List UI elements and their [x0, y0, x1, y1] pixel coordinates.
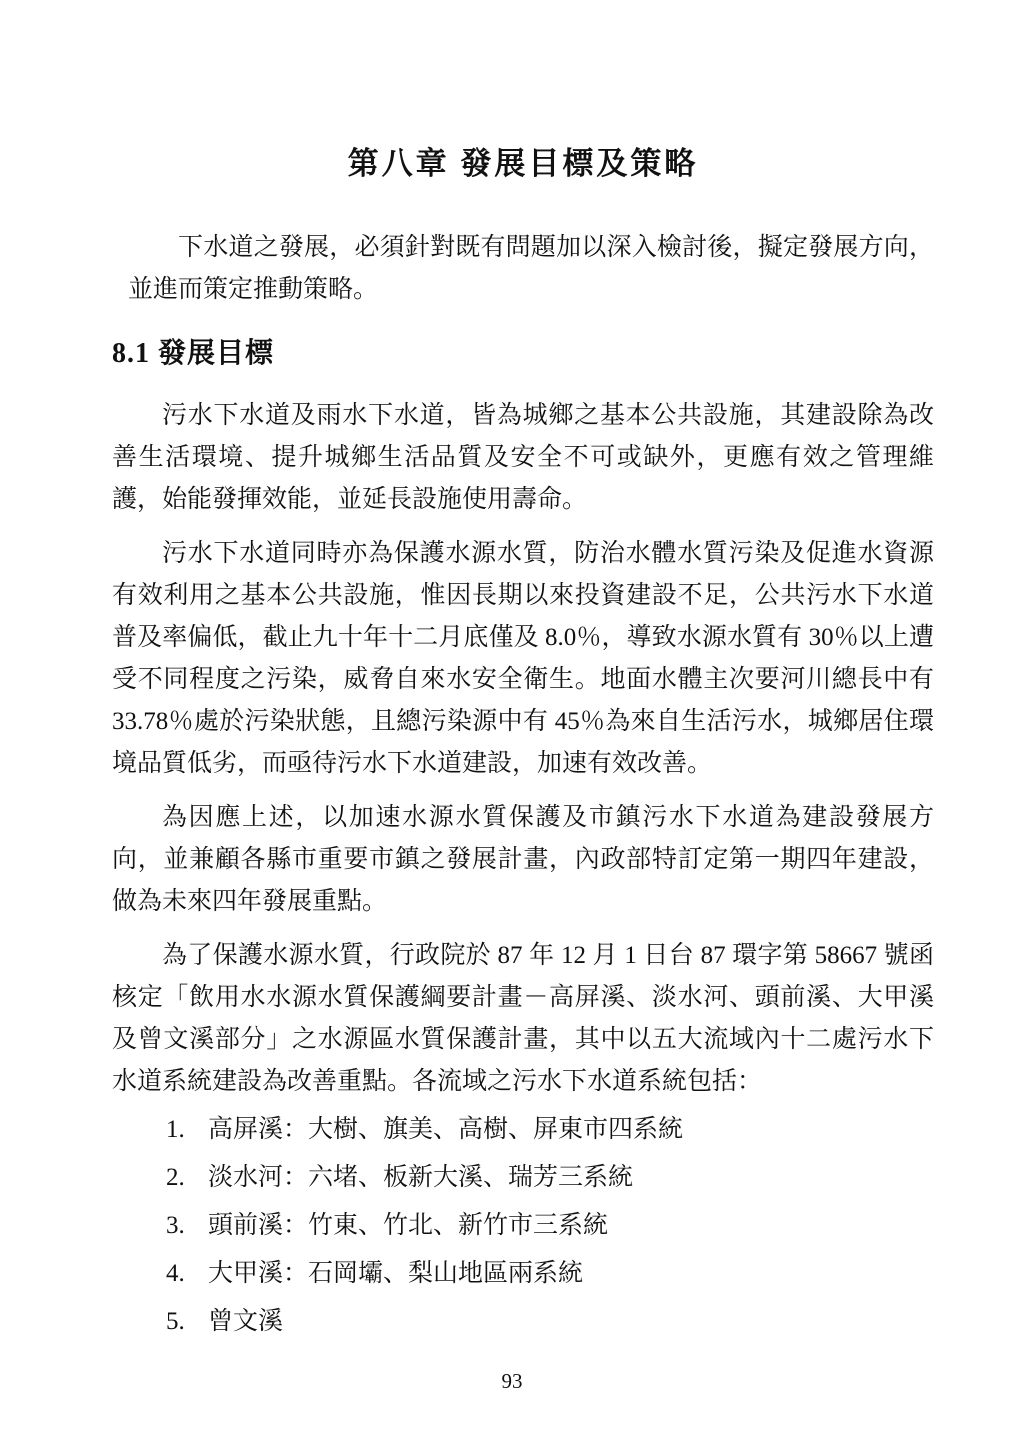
list-item-number: 3. — [166, 1211, 208, 1241]
list-item-number: 5. — [166, 1307, 208, 1337]
list-item-touqian: 3. 頭前溪：竹東、竹北、新竹市三系統 — [166, 1211, 934, 1241]
list-item-zengwen: 5. 曾文溪 — [166, 1307, 934, 1337]
intro-paragraph: 下水道之發展，必須針對既有問題加以深入檢討後，擬定發展方向，並進而策定推動策略。 — [128, 227, 934, 311]
list-item-tamsui: 2. 淡水河：六堵、板新大溪、瑞芳三系統 — [166, 1163, 934, 1193]
chapter-title: 第八章 發展目標及策略 — [112, 138, 934, 183]
section-heading-8-1: 8.1 發展目標 — [112, 331, 934, 371]
body-paragraph-4: 為了保護水源水質，行政院於 87 年 12 月 1 日台 87 環字第 5866… — [112, 935, 934, 1103]
list-item-number: 2. — [166, 1163, 208, 1193]
document-page: 第八章 發展目標及策略 下水道之發展，必須針對既有問題加以深入檢討後，擬定發展方… — [0, 0, 1024, 1450]
body-paragraph-2: 污水下水道同時亦為保護水源水質，防治水體水質污染及促進水資源有效利用之基本公共設… — [112, 533, 934, 785]
list-item-kaoping: 1. 高屏溪：大樹、旗美、高樹、屏東市四系統 — [166, 1115, 934, 1145]
list-item-text: 高屏溪：大樹、旗美、高樹、屏東市四系統 — [208, 1115, 683, 1145]
river-systems-list: 1. 高屏溪：大樹、旗美、高樹、屏東市四系統 2. 淡水河：六堵、板新大溪、瑞芳… — [112, 1115, 934, 1337]
list-item-number: 1. — [166, 1115, 208, 1145]
list-item-text: 曾文溪 — [208, 1307, 283, 1337]
body-paragraph-1: 污水下水道及雨水下水道，皆為城鄉之基本公共設施，其建設除為改善生活環境、提升城鄉… — [112, 395, 934, 521]
list-item-number: 4. — [166, 1259, 208, 1289]
list-item-text: 淡水河：六堵、板新大溪、瑞芳三系統 — [208, 1163, 633, 1193]
list-item-dajia: 4. 大甲溪：石岡壩、梨山地區兩系統 — [166, 1259, 934, 1289]
list-item-text: 頭前溪：竹東、竹北、新竹市三系統 — [208, 1211, 608, 1241]
body-paragraph-3: 為因應上述，以加速水源水質保護及市鎮污水下水道為建設發展方向，並兼顧各縣市重要市… — [112, 797, 934, 923]
list-item-text: 大甲溪：石岡壩、梨山地區兩系統 — [208, 1259, 583, 1289]
page-number: 93 — [0, 1369, 1024, 1394]
